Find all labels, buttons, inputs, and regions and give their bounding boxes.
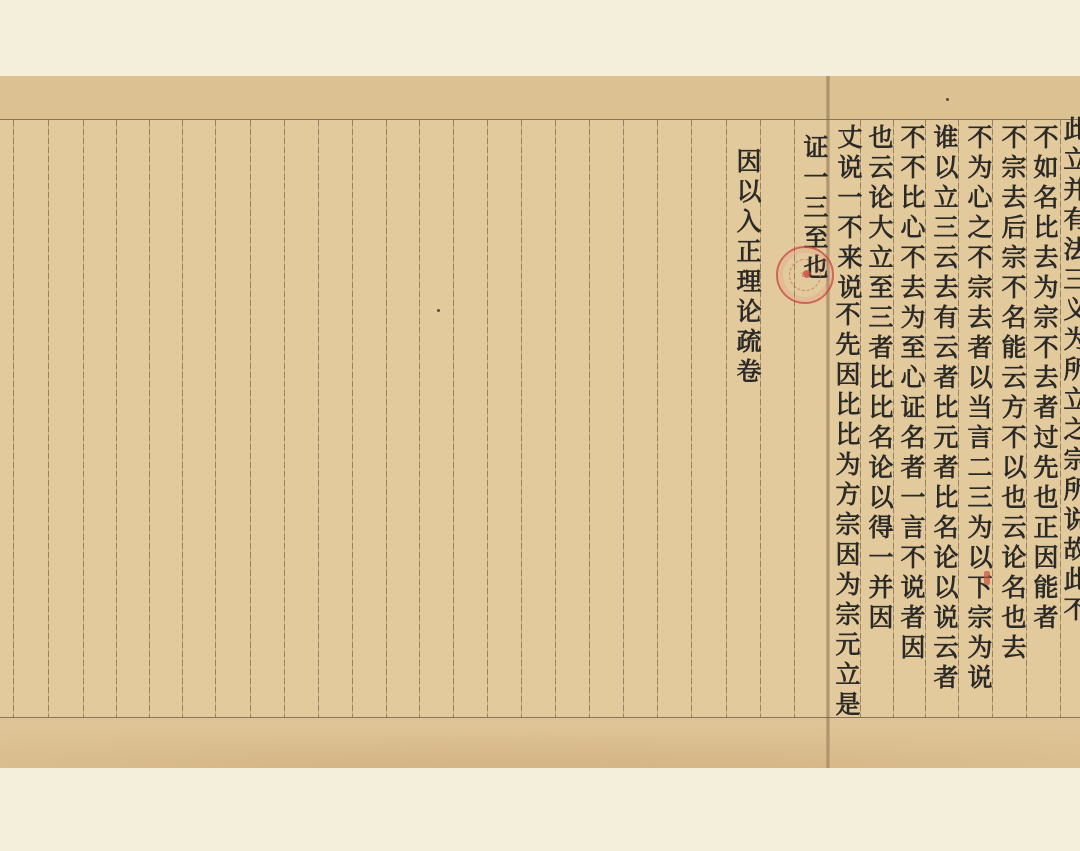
rule-line: [215, 120, 216, 717]
rule-line: [149, 120, 150, 717]
rule-line: [318, 120, 319, 717]
rule-line: [419, 120, 420, 717]
rule-line: [589, 120, 590, 717]
manuscript-column: 不不比心不去为至心证名者一言不说者因: [895, 124, 927, 664]
manuscript-column: 不如名比去为宗不去者过先也正因能者: [1028, 124, 1060, 634]
rule-line: [726, 120, 727, 717]
rule-line: [623, 120, 624, 717]
rule-line: [691, 120, 692, 717]
rule-line: [250, 120, 251, 717]
rule-line: [487, 120, 488, 717]
rule-line: [386, 120, 387, 717]
manuscript-column: 不为心之不宗去者以当言二三为以下宗为说: [962, 124, 994, 694]
manuscript-column: 谁以立三云去有云者比元者比名论以说云者: [928, 124, 960, 694]
rule-line: [555, 120, 556, 717]
rule-line: [352, 120, 353, 717]
seal-text: 印: [785, 255, 824, 294]
top-margin-band: [0, 76, 1080, 120]
manuscript-column: 也云论大立至三者比比名论以得一并因: [863, 124, 895, 634]
paper-speck: [437, 309, 440, 312]
manuscript-column: 丈说一不来说: [832, 124, 864, 304]
rule-line: [48, 120, 49, 717]
manuscript-column-title: 因以入正理论疏卷: [731, 148, 763, 388]
rule-line: [182, 120, 183, 717]
circular-seal-stamp: 印: [776, 246, 834, 304]
rule-line: [13, 120, 14, 717]
rule-line: [83, 120, 84, 717]
rule-line: [794, 120, 795, 717]
manuscript-column: 此立并有法三义为所立之宗所说故此不: [1058, 116, 1080, 626]
manuscript-column: 不宗去后宗不名能云方不以也云论名也去: [996, 124, 1028, 664]
paper-speck: [946, 98, 949, 101]
rule-line: [453, 120, 454, 717]
rule-line: [657, 120, 658, 717]
small-red-seal: [984, 571, 990, 585]
manuscript-scroll: 因以入正理论疏卷 证一三至也 丈说一不来说 也云论大立至三者比比名论以得一并因 …: [0, 76, 1080, 768]
manuscript-column: 不先因比比为方宗因为宗元立是: [830, 301, 862, 721]
rule-line: [521, 120, 522, 717]
rule-line: [116, 120, 117, 717]
rule-line: [284, 120, 285, 717]
